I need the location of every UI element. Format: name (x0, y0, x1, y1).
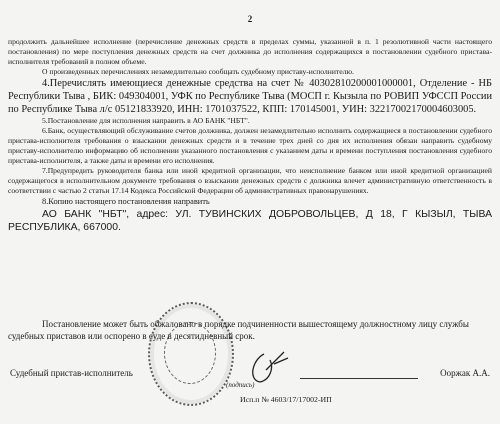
paragraph-item7: 7.Предупредить руководителя банка или ин… (8, 166, 492, 196)
document-body: продолжить дальнейшее исполнение (перечи… (8, 37, 492, 234)
paragraph-item8: 8.Копию настоящего постановления направи… (8, 196, 492, 208)
bank-address: АО БАНК "НБТ", адрес: УЛ. ТУВИНСКИХ ДОБР… (8, 208, 492, 234)
paragraph-item6: 6.Банк, осуществляющий обслуживание счет… (8, 126, 492, 166)
signature-label: (подпись) (226, 381, 254, 389)
official-stamp-icon (148, 302, 234, 406)
paragraph-report: О произведенных перечислениях незамедлит… (8, 67, 492, 77)
paragraph-item5: 5.Постановление для исполнения направить… (8, 116, 492, 126)
appeal-notice: Постановление может быть обжаловано в по… (8, 318, 492, 342)
officer-title: Судебный пристав-исполнитель (10, 368, 133, 378)
document-page: 2 продолжить дальнейшее исполнение (пере… (0, 0, 500, 424)
case-number: Исп.п № 4603/17/17002-ИП (240, 395, 332, 404)
paragraph-continuation: продолжить дальнейшее исполнение (перечи… (8, 37, 492, 67)
officer-name: Ооржак А.А. (440, 368, 490, 378)
signature-line (300, 378, 418, 379)
signature-block: Судебный пристав-исполнитель Ооржак А.А. (10, 368, 490, 378)
page-number: 2 (0, 14, 500, 24)
paragraph-item4: 4.Перечислять имеющиеся денежные средств… (8, 77, 492, 116)
